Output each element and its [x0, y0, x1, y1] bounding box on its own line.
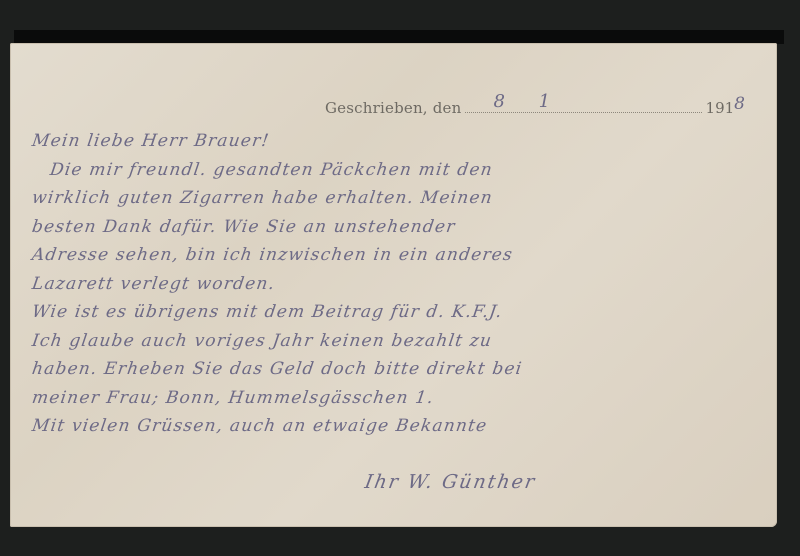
- postcard: Geschrieben, den 8 1 191 8 Mein liebe He…: [10, 43, 777, 527]
- letter-line: besten Dank dafür. Wie Sie an unstehende…: [30, 213, 779, 242]
- date-header: Geschrieben, den 8 1 191 8: [325, 98, 745, 120]
- letter-line: Adresse sehen, bin ich inzwischen in ein…: [30, 241, 779, 270]
- printed-year: 191: [706, 99, 735, 117]
- handwritten-date: 8 1: [493, 91, 564, 112]
- letter-line: Die mir freundl. gesandten Päckchen mit …: [30, 156, 779, 185]
- letter-line: Mit vielen Grüssen, auch an etwaige Beka…: [30, 412, 779, 441]
- letter-line: Ich glaube auch voriges Jahr keinen beza…: [30, 327, 779, 356]
- signature: Ihr W. Günther: [363, 471, 538, 493]
- letter-body: Mein liebe Herr Brauer! Die mir freundl.…: [30, 127, 775, 441]
- letter-line: haben. Erheben Sie das Geld doch bitte d…: [30, 355, 779, 384]
- scan-shadow: [14, 30, 784, 44]
- letter-line: Lazarett verlegt worden.: [30, 270, 779, 299]
- salutation: Mein liebe Herr Brauer!: [30, 127, 779, 156]
- handwritten-year-digit: 8: [734, 94, 745, 114]
- letter-line: meiner Frau; Bonn, Hummelsgässchen 1.: [30, 384, 779, 413]
- printed-date-label: Geschrieben, den: [325, 99, 461, 117]
- letter-line: Wie ist es übrigens mit dem Beitrag für …: [30, 298, 779, 327]
- letter-line: wirklich guten Zigarren habe erhalten. M…: [30, 184, 779, 213]
- date-dotted-line: 8 1: [465, 100, 701, 113]
